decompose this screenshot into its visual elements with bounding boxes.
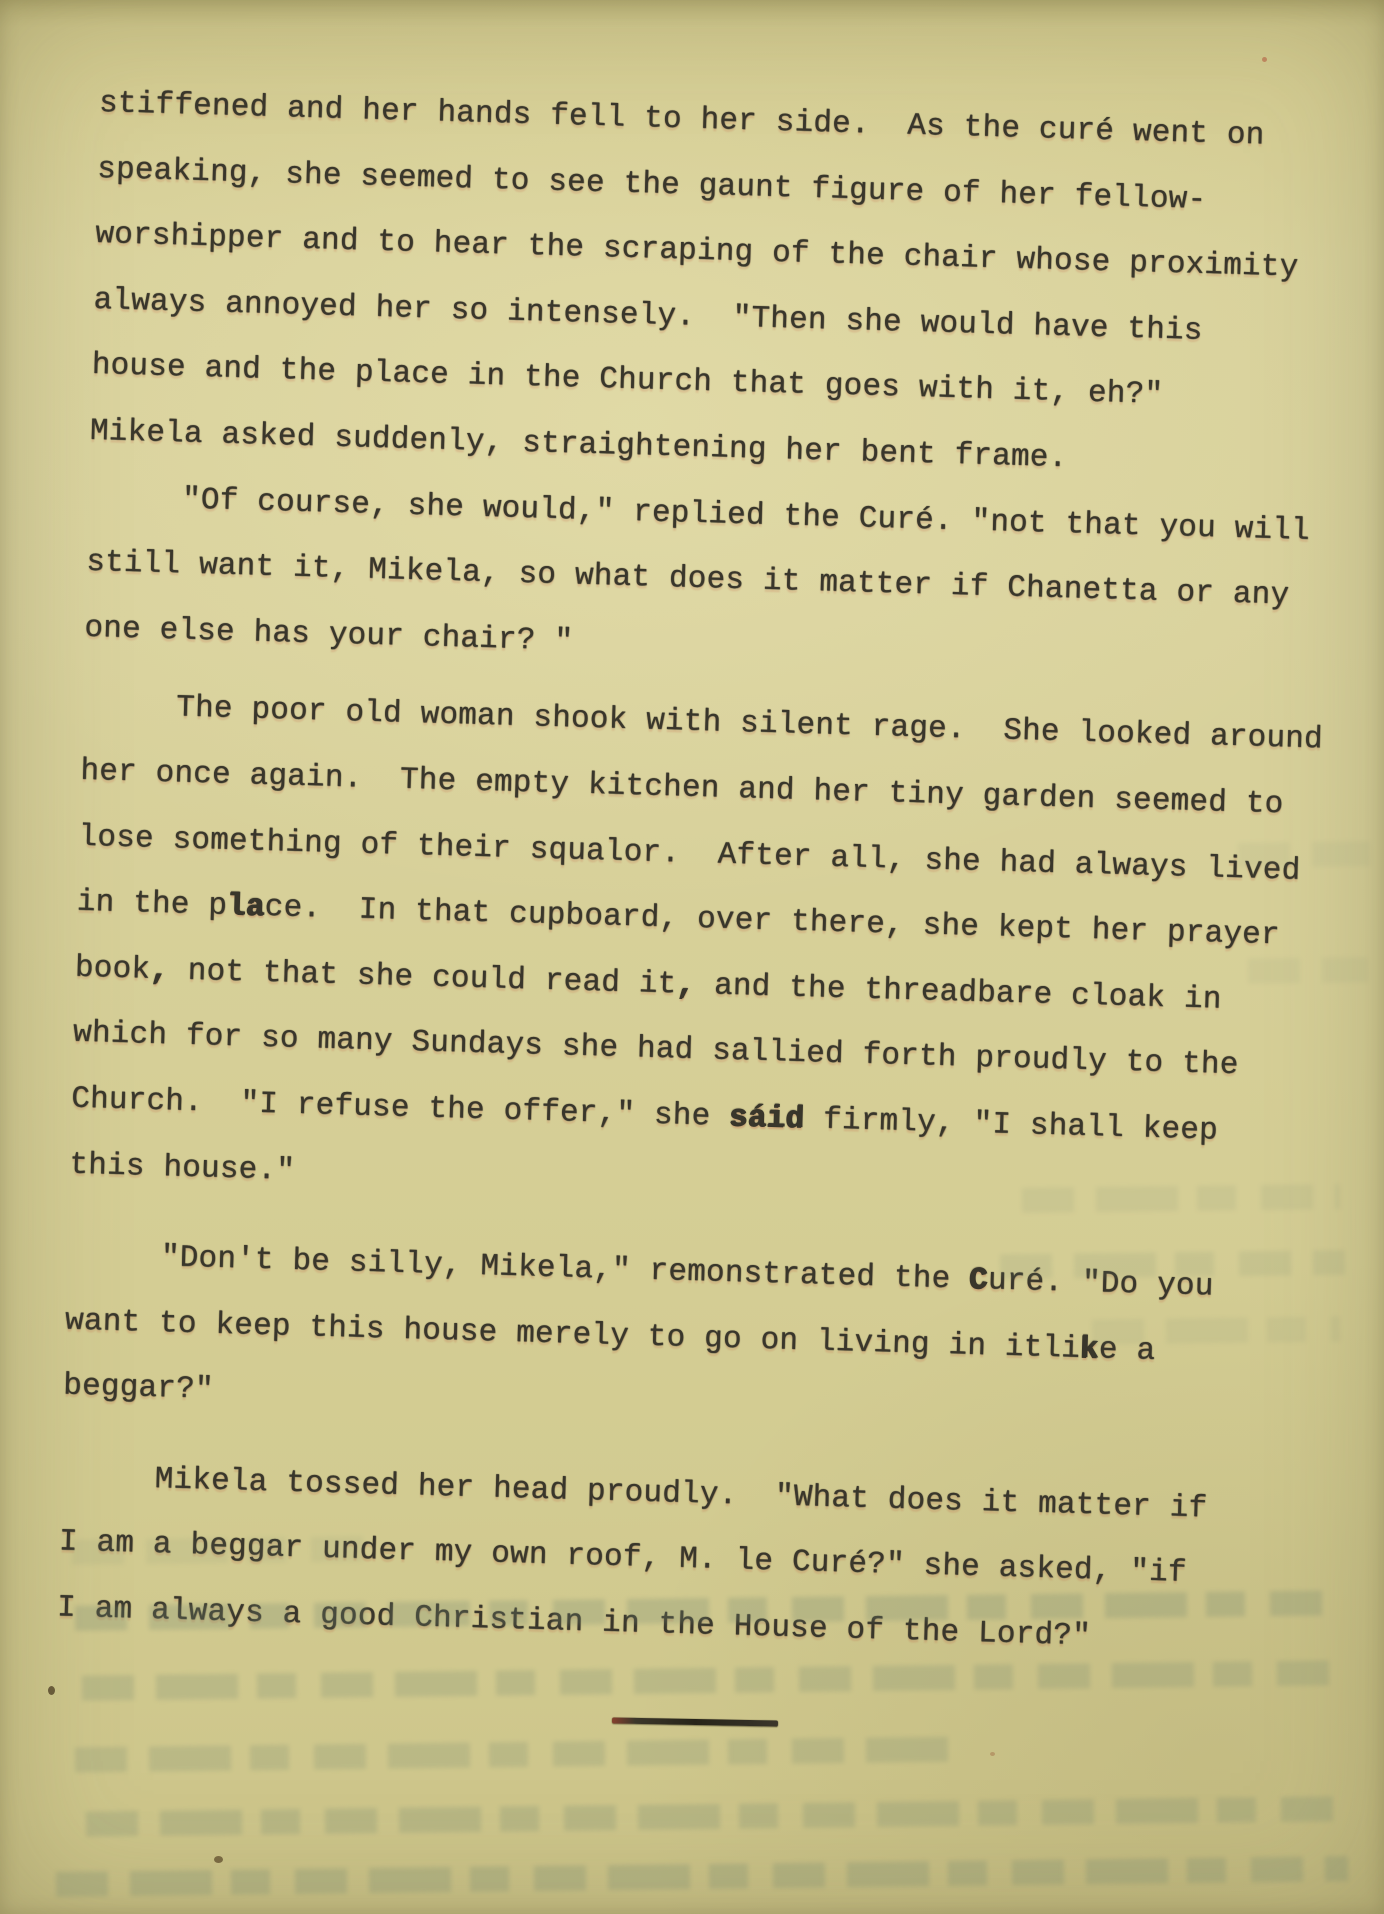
overstruck-text: , <box>150 952 170 988</box>
overstruck-text: sáid <box>729 1100 805 1137</box>
ink-speck <box>1262 57 1267 62</box>
typed-text: want to keep this house merely to go on … <box>65 1303 1081 1366</box>
bleed-through-line <box>1238 841 1370 868</box>
typed-text: beggar?" <box>63 1369 214 1408</box>
bleed-through-line <box>86 1796 1334 1836</box>
bleed-through-line <box>1092 1316 1340 1344</box>
bleed-through-line <box>75 1737 955 1773</box>
typed-text-block: stiffened and her hands fell to her side… <box>56 71 1339 1676</box>
typed-text: "Don't be silly, Mikela," remonstrated t… <box>66 1238 969 1298</box>
typed-text: firmly, "I shall keep <box>804 1102 1218 1149</box>
bleed-through-line <box>82 1660 1334 1700</box>
typed-text: book <box>74 950 150 987</box>
typed-text: in the p <box>76 885 227 924</box>
ink-speck <box>48 1686 55 1695</box>
typed-text: ce. In that cupboard, over there, she ke… <box>264 890 1280 953</box>
section-divider-rule <box>612 1717 778 1726</box>
bleed-through-line <box>1022 1184 1340 1213</box>
typed-text: one else has your chair? " <box>84 611 574 660</box>
typed-text: Church. "I refuse the offer," she <box>71 1082 730 1135</box>
bleed-through-line <box>56 1856 1348 1897</box>
typed-text: Mikela asked suddenly, straightening her… <box>89 414 1067 476</box>
bleed-through-line <box>1000 1250 1345 1279</box>
typed-text: not that she could read it <box>168 953 676 1002</box>
overstruck-text: C <box>969 1263 989 1299</box>
overstruck-text: la <box>227 889 266 925</box>
typed-text: this house." <box>69 1147 296 1188</box>
overstruck-text: , <box>676 967 696 1003</box>
manuscript-page: stiffened and her hands fell to her side… <box>0 0 1384 1914</box>
ink-speck <box>214 1856 223 1863</box>
ink-speck <box>990 1752 995 1756</box>
bleed-through-line <box>1248 957 1368 983</box>
typed-text: and the threadbare cloak in <box>695 968 1222 1018</box>
bleed-through-line <box>72 1536 372 1565</box>
